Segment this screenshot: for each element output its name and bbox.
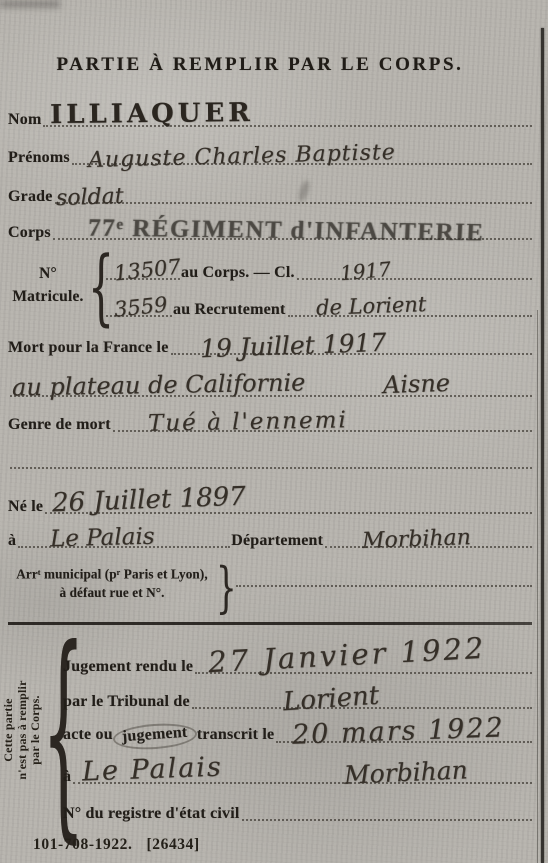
mort-dept-handwritten: Aisne <box>383 371 451 397</box>
binding-edge-line <box>541 28 544 863</box>
dotted-line <box>55 202 532 204</box>
matricule-corps-mid-label: au Corps. — Cl. <box>181 265 295 283</box>
section-divider-rule <box>8 622 532 625</box>
arrondissement-label-line1: Arrt municipal (pr Paris et Lyon), <box>6 566 218 583</box>
mort-date-handwritten: 19 Juillet 1917 <box>200 330 387 361</box>
ne-a-label: à <box>8 533 16 551</box>
departement-label: Département <box>231 533 323 551</box>
circled-word: jugement <box>112 721 197 752</box>
matricule-label-block: N° Matricule. <box>8 266 88 307</box>
registre-label: N° du registre d'état civil <box>63 806 240 824</box>
scan-smudge <box>0 0 60 8</box>
transcrit-date-handwritten: 20 mars 1922 <box>292 714 506 748</box>
binding-edge-line-faint <box>537 310 538 863</box>
matricule-label-no: N° <box>8 266 88 283</box>
jugement-label: Jugement rendu le <box>63 659 193 677</box>
corps-label: Corps <box>8 225 51 243</box>
ne-label: Né le <box>8 499 43 517</box>
matricule-recr-number-handwritten: 3559 <box>113 294 168 320</box>
grade-value-handwritten: soldat <box>56 186 124 210</box>
scanned-record-card: PARTIE À REMPLIR PAR LE CORPS. Nom ILLIA… <box>0 0 548 863</box>
empty-continuation-line <box>8 442 533 472</box>
side-note-rotated: Cette partie n'est pas à remplir par le … <box>2 645 46 815</box>
field-registre: N° du registre d'état civil <box>63 794 533 824</box>
dotted-line <box>242 819 532 821</box>
dotted-line <box>297 278 532 280</box>
dotted-line <box>10 467 532 469</box>
dotted-line <box>236 585 532 587</box>
transcrit-commune-handwritten: Le Palais <box>82 754 224 786</box>
tribunal-label: par le Tribunal de <box>63 694 190 712</box>
matricule-recr-place-handwritten: de Lorient <box>316 294 427 319</box>
print-reference-code: 101-708-1922.[26434] <box>33 836 214 854</box>
genre-value-handwritten: Tué à l'ennemi <box>148 409 348 435</box>
arrondissement-empty-line <box>234 560 533 590</box>
footer-bracket: [26434] <box>147 836 200 853</box>
transcrit-dept-handwritten: Morbihan <box>344 757 469 787</box>
transcrit-a-label: à <box>63 769 71 787</box>
mort-label: Mort pour la France le <box>8 340 169 358</box>
ne-commune-handwritten: Le Palais <box>50 526 155 552</box>
matricule-classe-handwritten: 1917 <box>339 259 391 283</box>
grade-label: Grade <box>8 189 53 207</box>
genre-label: Genre de mort <box>8 417 111 435</box>
nom-value-handwritten: ILLIAQUER <box>50 100 254 128</box>
arrondissement-label-block: Arrt municipal (pr Paris et Lyon), à déf… <box>6 566 218 601</box>
ne-date-handwritten: 26 Juillet 1897 <box>52 484 247 517</box>
matricule-recr-mid-label: au Recrutement <box>173 302 286 320</box>
tribunal-value-handwritten: Lorient <box>282 683 380 716</box>
regiment-stamp: 77e RÉGIMENT d'INFANTERIE <box>87 215 485 248</box>
form-header-title: PARTIE À REMPLIR PAR LE CORPS. <box>0 54 520 76</box>
side-note-line: Cette partie <box>2 645 16 815</box>
prenoms-label: Prénoms <box>8 150 70 168</box>
transcrit-label: acte ou jugement transcrit le <box>63 724 274 746</box>
mort-place-handwritten: au plateau de Californie <box>12 370 306 399</box>
side-note-line: par le Corps. <box>29 645 43 815</box>
matricule-label-word: Matricule. <box>8 289 88 306</box>
arrondissement-label-line2: à défaut rue et N°. <box>6 586 218 601</box>
footer-ref: 101-708-1922. <box>33 836 133 853</box>
ne-dept-handwritten: Morbihan <box>362 527 472 553</box>
side-note-line: n'est pas à remplir <box>16 645 30 815</box>
nom-label: Nom <box>8 112 41 130</box>
